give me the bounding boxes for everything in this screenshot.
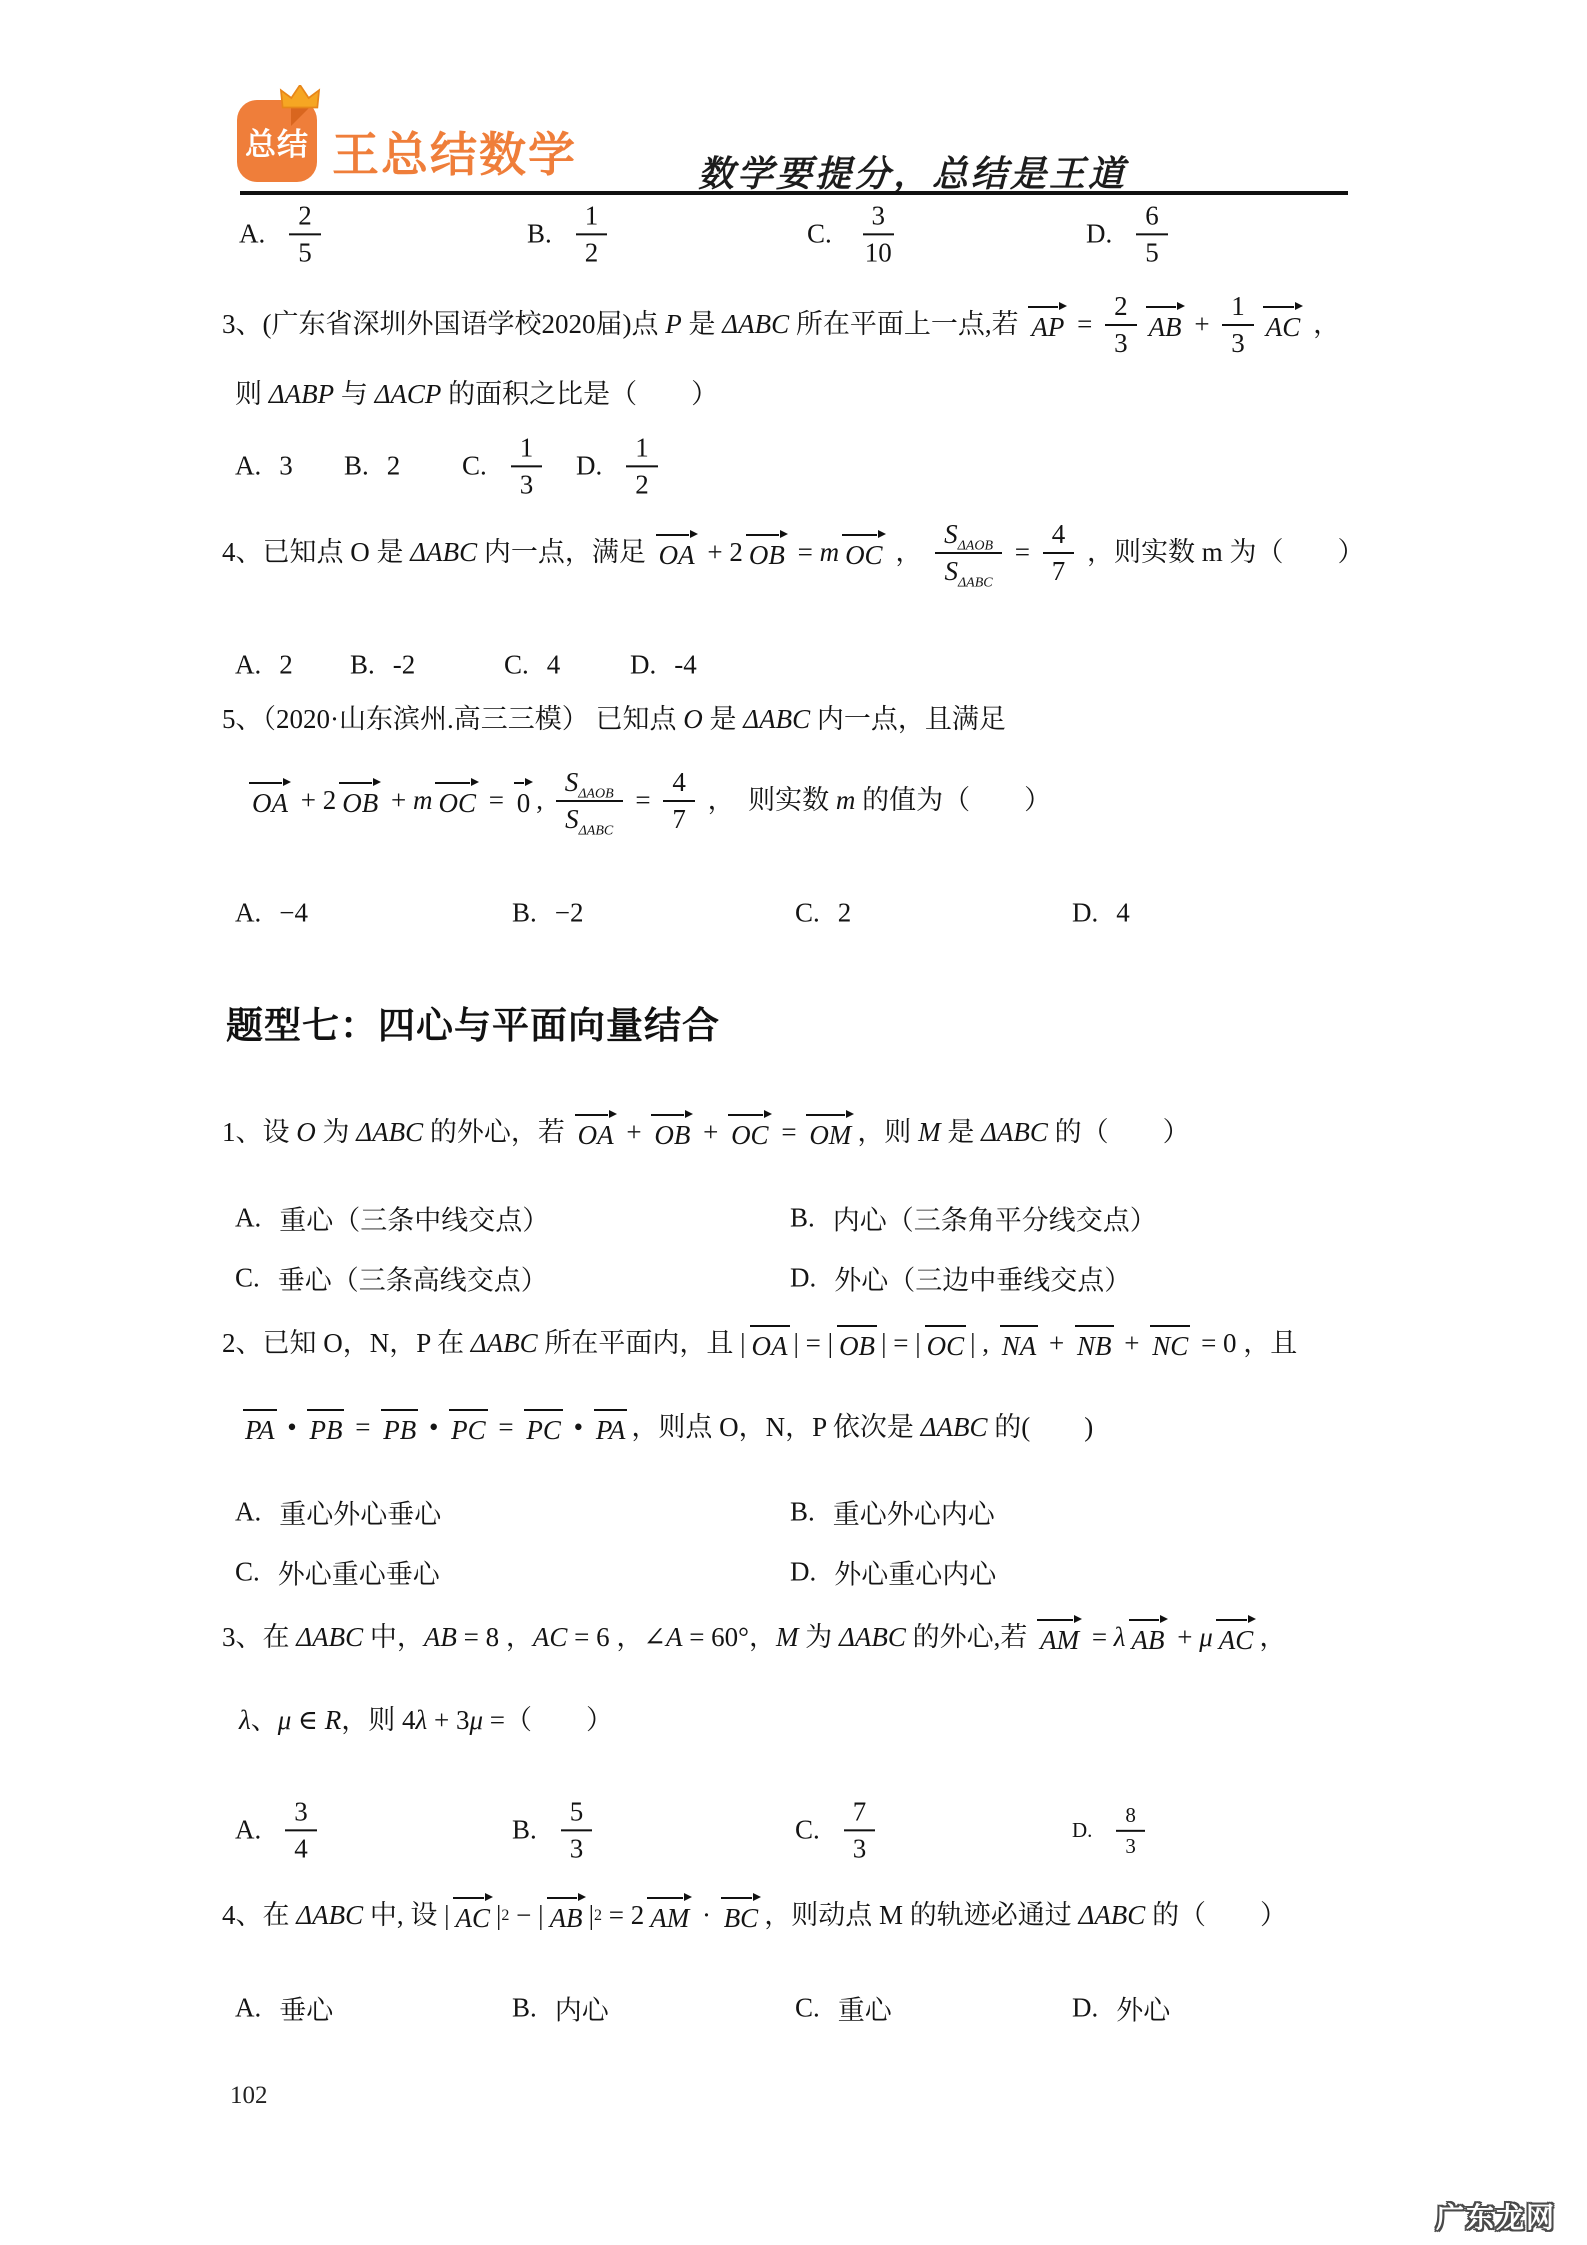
text-run: +	[1171, 1621, 1200, 1655]
text-run: =	[1085, 1621, 1114, 1655]
fraction-numerator: 8	[1116, 1804, 1145, 1832]
text-run: •	[567, 1411, 590, 1445]
question-5-line-2: OA + 2OB + mOC = 0, SΔAOBSΔABC = 47 ， 则实…	[246, 768, 1051, 834]
math-var: ΔABC	[722, 308, 789, 342]
option-value: -4	[674, 650, 697, 681]
text-run: 的值为（ ）	[855, 784, 1051, 818]
option-label: C.	[795, 1815, 820, 1846]
option-a: A. 重心（三条中线交点）	[235, 1199, 549, 1238]
text-run: +	[1188, 308, 1217, 342]
text-run: 4	[547, 650, 561, 680]
text-run: 重心（三条中线交点）	[279, 1206, 549, 1236]
text-run: 内一点，满足	[477, 536, 653, 570]
text-run: ，则	[857, 1116, 918, 1150]
option-b: B. 内心（三条角平分线交点）	[790, 1199, 1157, 1238]
option-label: D.	[790, 1263, 816, 1294]
math-var: ΔABC	[839, 1621, 906, 1655]
math-var: M	[776, 1621, 799, 1655]
vector-NC: NC	[1149, 1324, 1191, 1364]
s7-question-2-line-1: 2、已知 O，N，P 在 ΔABC 所在平面内，且 |OA| = |OB| = …	[222, 1324, 1297, 1364]
vector-PB: PB	[306, 1408, 345, 1448]
text-run: 的外心，若	[423, 1116, 572, 1150]
option-value: 外心（三边中垂线交点）	[834, 1259, 1131, 1298]
option-d: D. 83	[1072, 1803, 1151, 1857]
vector-0: 0	[514, 781, 534, 821]
text-run: 的（ ）	[1048, 1116, 1190, 1150]
fraction: 13	[1222, 292, 1254, 358]
text-run: 为	[316, 1116, 357, 1150]
vector-OA: OA	[749, 1324, 791, 1364]
option-label: C.	[235, 1263, 260, 1294]
option-label: B.	[350, 650, 375, 681]
fraction-denominator: 2	[576, 236, 608, 268]
text-run: 的外心,若	[906, 1621, 1034, 1655]
fraction-numerator: 4	[1043, 520, 1075, 554]
s7-question-2-options-row-2: C. 外心重心垂心 D. 外心重心内心	[0, 1552, 1587, 1592]
option-label: B.	[512, 1993, 537, 2024]
option-label: D.	[790, 1557, 816, 1588]
option-a: A. 3	[235, 451, 293, 482]
text-run: =	[1008, 536, 1037, 570]
text-run: ，	[1306, 308, 1340, 342]
text-run: | = |	[794, 1327, 834, 1361]
option-value: −4	[279, 898, 308, 929]
math-var: ΔABC	[296, 1621, 363, 1655]
option-value: 外心重心内心	[834, 1553, 996, 1592]
math-var: AB	[424, 1621, 457, 1655]
text-run: 中, 设 |	[363, 1899, 449, 1933]
math-var: μ	[278, 1704, 292, 1738]
option-b: B. 53	[512, 1796, 598, 1863]
question-4-options: A. 2 B. -2 C. 4 D. -4	[0, 645, 1587, 685]
option-label: B.	[790, 1497, 815, 1528]
math-var: ΔABC	[471, 1327, 538, 1361]
text-run: + 2	[701, 536, 743, 570]
fraction-denominator: 10	[856, 236, 901, 268]
math-var: M	[918, 1116, 941, 1150]
option-label: A.	[235, 451, 261, 482]
option-value: 73	[838, 1796, 882, 1863]
text-run: +	[620, 1116, 649, 1150]
option-value: 重心（三条中线交点）	[279, 1199, 549, 1238]
text-run: = 2	[602, 1899, 644, 1933]
fraction: 12	[626, 433, 658, 499]
brand-title: 王总结数学	[332, 118, 577, 185]
text-run: =	[791, 536, 820, 570]
option-c: C. 310	[807, 200, 907, 267]
s7-question-1-options-row-1: A. 重心（三条中线交点） B. 内心（三条角平分线交点）	[0, 1198, 1587, 1238]
option-c: C. 13	[462, 432, 548, 499]
text-run: + 2	[294, 784, 336, 818]
option-b: B. 内心	[512, 1989, 609, 2028]
option-label: B.	[512, 898, 537, 929]
text-run: | = |	[881, 1327, 921, 1361]
option-value: 13	[505, 432, 549, 499]
fraction: SΔAOBSΔABC	[935, 520, 1002, 586]
text-run: ， 则实数	[701, 784, 836, 818]
fraction-denominator: 2	[626, 468, 658, 500]
option-label: B.	[527, 219, 552, 250]
option-value: −2	[555, 898, 584, 929]
s7-question-2-line-2: PA • PB = PB • PC = PC • PA，则点 O，N，P 依次是…	[239, 1408, 1093, 1448]
s7-question-2-options-row-1: A. 重心外心垂心 B. 重心外心内心	[0, 1492, 1587, 1532]
option-a: A. −4	[235, 898, 308, 929]
text-run: 4、已知点 O 是	[222, 536, 410, 570]
fraction: 83	[1116, 1804, 1145, 1857]
text-run: 2	[279, 650, 293, 680]
text-run: 所在平面内，且 |	[538, 1327, 746, 1361]
option-value: 2	[838, 898, 852, 929]
option-label: A.	[239, 219, 265, 250]
vector-AC: AC	[1263, 305, 1304, 345]
option-b: B. 2	[344, 451, 400, 482]
question-5-options: A. −4 B. −2 C. 2 D. 4	[0, 893, 1587, 933]
question-3-options: A. 3 B. 2 C. 13 D. 12	[0, 428, 1587, 504]
option-b: B. 重心外心内心	[790, 1493, 995, 1532]
math-var: ΔABP	[269, 378, 334, 412]
logo-badge: 总结	[237, 100, 317, 182]
option-d: D. 4	[1072, 898, 1130, 929]
vector-PB: PB	[380, 1408, 419, 1448]
math-var: ΔABC	[981, 1116, 1048, 1150]
text-run: ，则 4	[341, 1704, 415, 1738]
vector-OA: OA	[656, 533, 698, 573]
vector-AB: AB	[1146, 305, 1185, 345]
text-run: 的面积之比是（ ）	[441, 378, 718, 412]
math-var: ΔABC	[921, 1411, 988, 1445]
option-d: D. 65	[1086, 200, 1174, 267]
option-label: D.	[630, 650, 656, 681]
text-run: 2、已知 O，N，P 在	[222, 1327, 471, 1361]
option-value: 12	[570, 200, 614, 267]
subscript: ΔAOB	[958, 538, 993, 553]
watermark: 广东龙网	[1436, 2196, 1556, 2236]
text-run: +	[696, 1116, 725, 1150]
text-run: 重心外心内心	[833, 1500, 995, 1530]
vector-AC: AC	[1216, 1618, 1257, 1658]
text-run: -4	[674, 650, 697, 680]
option-a: A. 2	[235, 650, 293, 681]
fraction-denominator: 3	[511, 468, 543, 500]
option-label: D.	[1072, 1993, 1098, 2024]
text-run: 则	[235, 378, 269, 412]
vector-AM: AM	[1037, 1618, 1082, 1658]
text-run: 3	[279, 451, 293, 481]
fraction-denominator: 3	[1105, 326, 1137, 358]
fraction-denominator: 3	[561, 1832, 593, 1864]
math-var: λ	[1114, 1621, 1126, 1655]
text-run: 外心重心内心	[834, 1560, 996, 1590]
text-run: | ,	[970, 1327, 996, 1361]
s7-question-3-line-1: 3、在 ΔABC 中，AB = 8 ，AC = 6 ，∠A = 60°，M 为 …	[222, 1618, 1286, 1658]
math-var: A	[666, 1621, 683, 1655]
option-label: A.	[235, 650, 261, 681]
option-value: 3	[279, 451, 293, 482]
option-value: 重心外心垂心	[279, 1493, 441, 1532]
vector-AB: AB	[547, 1896, 586, 1936]
s7-question-1-line: 1、设 O 为 ΔABC 的外心，若 OA + OB + OC = OM，则 M…	[222, 1113, 1190, 1153]
fraction-denominator: 7	[1043, 554, 1075, 586]
option-a: A. 25	[239, 200, 327, 267]
option-value: 外心重心垂心	[278, 1553, 440, 1592]
text-run: 内心	[555, 1996, 609, 2026]
fraction-denominator: 4	[285, 1832, 317, 1864]
fraction: 53	[561, 1797, 593, 1863]
option-label: B.	[344, 451, 369, 482]
vector-OB: OB	[651, 1113, 693, 1153]
fraction: 310	[856, 201, 901, 267]
fraction-denominator: 5	[289, 236, 321, 268]
fraction-denominator: SΔABC	[556, 802, 622, 834]
text-run: 的( )	[988, 1411, 1094, 1445]
vector-AC: AC	[453, 1896, 494, 1936]
text-run: = 8 ，	[457, 1621, 533, 1655]
option-value: 65	[1130, 200, 1174, 267]
vector-AM: AM	[647, 1896, 692, 1936]
text-run: 垂心	[279, 1996, 333, 2026]
subscript: ΔABC	[958, 576, 993, 591]
math-var: ΔABC	[410, 536, 477, 570]
option-label: D.	[576, 451, 602, 482]
header-divider	[240, 191, 1348, 195]
fraction-denominator: 3	[844, 1832, 876, 1864]
option-value: 83	[1110, 1803, 1151, 1857]
text-run: =	[482, 784, 511, 818]
prev-options-row: A. 25 B. 12 C. 310 D. 65	[0, 198, 1587, 270]
text-run: 重心外心垂心	[279, 1500, 441, 1530]
vector-PA: PA	[242, 1408, 278, 1448]
vector-OC: OC	[924, 1324, 968, 1364]
fraction: 25	[289, 201, 321, 267]
option-b: B. 12	[527, 200, 613, 267]
text-run: 所在平面上一点,若	[789, 308, 1025, 342]
option-d: D. 外心（三边中垂线交点）	[790, 1259, 1131, 1298]
option-label: A.	[235, 898, 261, 929]
fraction-numerator: 1	[626, 433, 658, 467]
text-run: 重心	[838, 1996, 892, 2026]
math-var: ΔABC	[296, 1899, 363, 1933]
text-run: =	[1070, 308, 1099, 342]
option-c: C. 垂心（三条高线交点）	[235, 1259, 548, 1298]
text-run: •	[281, 1411, 304, 1445]
vector-AP: AP	[1028, 305, 1067, 345]
text-run: 的（ ）	[1145, 1899, 1287, 1933]
text-run: =	[629, 784, 658, 818]
text-run: 垂心（三条高线交点）	[278, 1266, 548, 1296]
text-run: =	[348, 1411, 377, 1445]
math-var: λ	[416, 1704, 428, 1738]
fraction-numerator: 1	[1222, 292, 1254, 326]
fraction: 65	[1136, 201, 1168, 267]
option-label: C.	[795, 898, 820, 929]
text-run: = 60°，	[682, 1621, 776, 1655]
math-var: O	[296, 1116, 316, 1150]
option-label: C.	[795, 1993, 820, 2024]
question-4-line: 4、已知点 O 是 ΔABC 内一点，满足 OA + 2OB = mOC ， S…	[222, 520, 1365, 586]
math-var: m	[413, 784, 433, 818]
option-value: 外心	[1116, 1989, 1170, 2028]
option-label: D.	[1072, 898, 1098, 929]
text-run: 是	[682, 308, 723, 342]
math-var: S	[565, 767, 579, 797]
option-a: A. 垂心	[235, 1989, 333, 2028]
option-a: A. 重心外心垂心	[235, 1493, 441, 1532]
text-run: 是	[703, 703, 744, 737]
fraction-numerator: 3	[285, 1797, 317, 1831]
option-d: D. 外心	[1072, 1989, 1170, 2028]
slogan-text: 数学要提分，总结是王道	[698, 146, 1127, 197]
math-var: m	[820, 536, 840, 570]
s7-question-3-options: A. 34 B. 53 C. 73 D. 83	[0, 1790, 1587, 1870]
text-run: 1、设	[222, 1116, 296, 1150]
fraction-denominator: 3	[1116, 1832, 1145, 1858]
math-var: ΔABC	[356, 1116, 423, 1150]
option-label: D.	[1086, 219, 1112, 250]
vector-OC: OC	[842, 533, 886, 573]
option-c: C. 2	[795, 898, 851, 929]
vector-NB: NB	[1074, 1324, 1115, 1364]
vector-OC: OC	[728, 1113, 772, 1153]
text-run: 5、（2020·山东滨州.高三三模） 已知点	[222, 703, 683, 737]
math-var: ΔABC	[1078, 1899, 1145, 1933]
math-var: ΔABC	[743, 703, 810, 737]
s7-question-4-options: A. 垂心 B. 内心 C. 重心 D. 外心	[0, 1988, 1587, 2028]
math-var: R	[325, 1704, 342, 1738]
fraction: 73	[844, 1797, 876, 1863]
option-label: C.	[504, 650, 529, 681]
fraction-denominator: 5	[1136, 236, 1168, 268]
option-label: C.	[807, 219, 832, 250]
option-value: 53	[555, 1796, 599, 1863]
math-var: μ	[1199, 1621, 1213, 1655]
fraction-numerator: SΔAOB	[556, 768, 623, 802]
text-run: 中，	[363, 1621, 424, 1655]
question-3-line-1: 3、(广东省深圳外国语学校2020届)点 P 是 ΔABC 所在平面上一点,若 …	[222, 292, 1340, 358]
option-value: -2	[393, 650, 416, 681]
math-var: ΔACP	[375, 378, 442, 412]
text-run: 为	[798, 1621, 839, 1655]
fraction: 47	[1043, 520, 1075, 586]
text-run: ，	[1259, 1621, 1286, 1655]
option-a: A. 34	[235, 1796, 323, 1863]
option-b: B. −2	[512, 898, 584, 929]
option-value: 12	[620, 432, 664, 499]
text-run: 内心（三条角平分线交点）	[833, 1206, 1157, 1236]
fraction-numerator: 2	[1105, 292, 1137, 326]
text-run: +	[1118, 1327, 1147, 1361]
text-run: 2	[838, 898, 852, 928]
math-var: μ	[469, 1704, 483, 1738]
page-number: 102	[230, 2082, 268, 2110]
option-value: 4	[547, 650, 561, 681]
option-value: 重心	[838, 1989, 892, 2028]
option-c: C. 73	[795, 1796, 881, 1863]
option-value: 25	[283, 200, 327, 267]
option-value: 内心（三条角平分线交点）	[833, 1199, 1157, 1238]
s7-question-1-options-row-2: C. 垂心（三条高线交点） D. 外心（三边中垂线交点）	[0, 1258, 1587, 1298]
option-value: 4	[1116, 898, 1130, 929]
vector-OM: OM	[806, 1113, 854, 1153]
fraction-numerator: 1	[511, 433, 543, 467]
option-c: C. 4	[504, 650, 560, 681]
text-run: ∈	[291, 1704, 325, 1738]
option-value: 垂心（三条高线交点）	[278, 1259, 548, 1298]
fraction: 23	[1105, 292, 1137, 358]
question-3-line-2: 则 ΔABP 与 ΔACP 的面积之比是（ ）	[235, 378, 718, 412]
crown-icon	[279, 85, 321, 111]
text-run: −4	[279, 898, 308, 928]
fraction: 12	[576, 201, 608, 267]
text-run: 是	[941, 1116, 982, 1150]
option-label: A.	[235, 1203, 261, 1234]
question-5-line-1: 5、（2020·山东滨州.高三三模） 已知点 O 是 ΔABC 内一点，且满足	[222, 703, 1006, 737]
fraction: SΔAOBSΔABC	[556, 768, 623, 834]
option-label: C.	[235, 1557, 260, 1588]
text-run: +	[1042, 1327, 1071, 1361]
option-d: D. 12	[576, 432, 664, 499]
vector-OB: OB	[836, 1324, 878, 1364]
fraction-denominator: 7	[663, 802, 695, 834]
s7-question-3-line-2: λ、μ ∈ R，则 4λ + 3μ =（ ）	[239, 1704, 613, 1738]
vector-OA: OA	[249, 781, 291, 821]
section-heading: 题型七：四心与平面向量结合	[226, 995, 720, 1049]
fraction-numerator: 4	[663, 768, 695, 802]
text-run: 与	[334, 378, 375, 412]
text-run: −2	[555, 898, 584, 928]
option-value: 2	[279, 650, 293, 681]
vector-PC: PC	[448, 1408, 489, 1448]
math-var: m	[836, 784, 856, 818]
text-run: = 0 ，且	[1194, 1327, 1297, 1361]
text-run: •	[422, 1411, 445, 1445]
fraction-numerator: 1	[576, 201, 608, 235]
fraction-numerator: 6	[1136, 201, 1168, 235]
fraction-numerator: SΔAOB	[935, 520, 1002, 554]
text-run: 3、在	[222, 1621, 296, 1655]
option-value: 34	[279, 1796, 323, 1863]
vector-OC: OC	[435, 781, 479, 821]
text-run: 、	[251, 1704, 278, 1738]
text-run: 3、(广东省深圳外国语学校2020届)点	[222, 308, 665, 342]
vector-OB: OB	[746, 533, 788, 573]
math-var: S	[565, 804, 579, 834]
text-run: ，则点 O，N，P 依次是	[631, 1411, 920, 1445]
fraction-denominator: SΔABC	[935, 554, 1001, 586]
option-label: D.	[1072, 1818, 1092, 1843]
text-run: 外心（三边中垂线交点）	[834, 1266, 1131, 1296]
fraction: 47	[663, 768, 695, 834]
s7-question-4-line: 4、在 ΔABC 中, 设 |AC|2 − |AB|2 = 2AM · BC，则…	[222, 1896, 1287, 1936]
text-run: 4、在	[222, 1899, 296, 1933]
option-label: A.	[235, 1993, 261, 2024]
text-run: ,	[536, 784, 550, 818]
text-run: =	[492, 1411, 521, 1445]
text-run: 内一点，且满足	[810, 703, 1006, 737]
text-run: = 6 ，∠	[567, 1621, 666, 1655]
text-run: 外心	[1116, 1996, 1170, 2026]
option-c: C. 重心	[795, 1989, 892, 2028]
option-c: C. 外心重心垂心	[235, 1553, 440, 1592]
option-value: 垂心	[279, 1989, 333, 2028]
math-var: S	[944, 556, 958, 586]
fraction-numerator: 5	[561, 1797, 593, 1831]
vector-OB: OB	[339, 781, 381, 821]
text-run: ·	[695, 1899, 718, 1933]
option-d: D. -4	[630, 650, 697, 681]
fraction-numerator: 3	[863, 201, 895, 235]
math-var: AC	[533, 1621, 568, 1655]
math-var: λ	[239, 1704, 251, 1738]
